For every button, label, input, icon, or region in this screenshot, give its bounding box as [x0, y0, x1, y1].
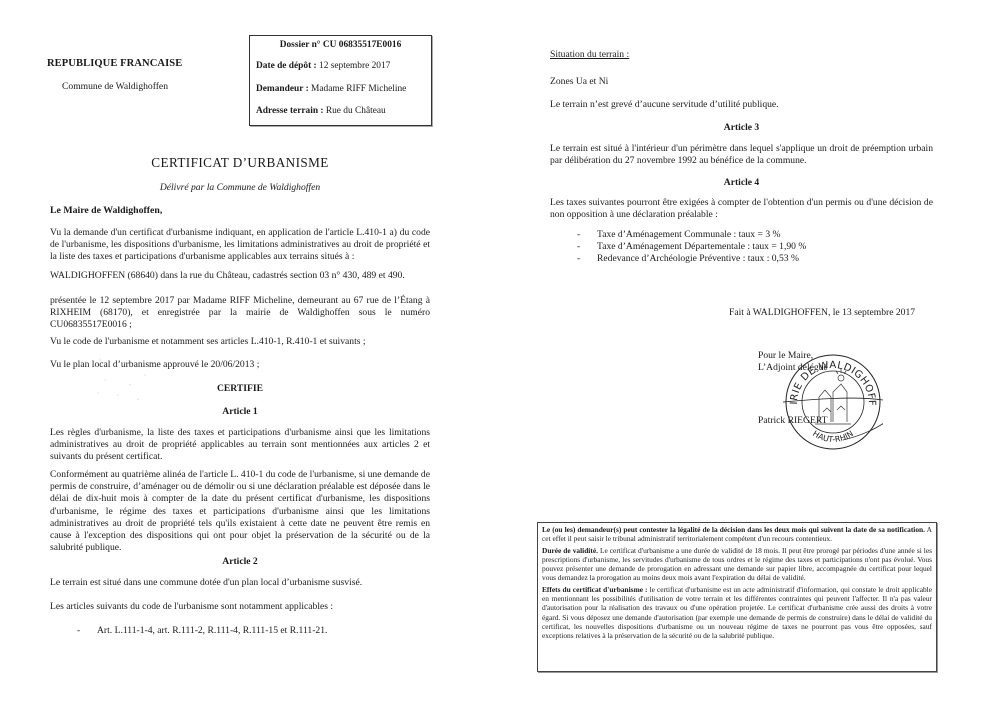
date-depot-label: Date de dépôt :	[256, 61, 317, 71]
adresse-label: Adresse terrain :	[256, 106, 324, 116]
paragraph-vu-plu: Vu le plan local d’urbanisme approuvé le…	[50, 359, 430, 371]
article-1-heading: Article 1	[0, 406, 480, 418]
certifie-heading: CERTIFIE	[0, 383, 480, 395]
commune-name: Commune de Waldighoffen	[62, 81, 168, 92]
dossier-number: Dossier n° CU 06835517E0016	[256, 39, 425, 51]
list-bullet: -	[577, 229, 580, 241]
tax-item-text: Redevance d’Archéologie Préventive : tau…	[597, 253, 799, 264]
demandeur-label: Demandeur :	[256, 84, 309, 94]
servitude: Le terrain n’est grevé d’aucune servitud…	[550, 99, 779, 111]
document-title: CERTIFICAT D’URBANISME	[0, 155, 480, 171]
svg-text:HAUT-RHIN: HAUT-RHIN	[811, 429, 855, 444]
fait-a: Fait à WALDIGHOFFEN, le 13 septembre 201…	[729, 307, 915, 319]
tax-item: -Taxe d’Aménagement Départementale : tau…	[597, 241, 917, 253]
tax-list: -Taxe d’Aménagement Communale : taux = 3…	[597, 229, 917, 266]
left-page: REPUBLIQUE FRANCAISE Commune de Waldigho…	[0, 0, 500, 707]
republic-heading: REPUBLIQUE FRANCAISE	[47, 58, 182, 69]
article-2-list-item-text: Art. L.111-1-4, art. R.111-2, R.111-4, R…	[97, 625, 327, 636]
legal-notice-box: Le (ou les) demandeur(s) peut contester …	[537, 522, 937, 672]
delivered-by: Délivré par la Commune de Waldighoffen	[0, 182, 480, 193]
article-2-heading: Article 2	[0, 556, 480, 568]
article-1-paragraph-1: Les règles d'urbanisme, la liste des tax…	[50, 427, 430, 464]
dossier-info-box: Dossier n° CU 06835517E0016 Date de dépô…	[249, 35, 432, 126]
official-stamp-icon: MAIRIE DE WALDIGHOFFEN HAUT-RHIN	[783, 352, 883, 452]
paragraph-presentee: présentée le 12 septembre 2017 par Madam…	[50, 295, 430, 332]
notice-recours: Le (ou les) demandeur(s) peut contester …	[542, 525, 932, 544]
date-depot: Date de dépôt : 12 septembre 2017	[256, 60, 425, 72]
tax-item-text: Taxe d’Aménagement Départementale : taux…	[597, 241, 806, 252]
article-3-paragraph: Le terrain est situé à l'intérieur d'un …	[550, 143, 933, 167]
list-bullet: -	[577, 241, 580, 253]
zones: Zones Ua et Ni	[550, 76, 608, 88]
notice-effets-bold: Effets du certificat d'urbanisme :	[542, 585, 648, 594]
demandeur-value: Madame RIFF Micheline	[309, 84, 407, 94]
notice-validite-bold: Durée de validité.	[542, 546, 598, 555]
paragraph-adresse-cadastre: WALDIGHOFFEN (68640) dans la rue du Chât…	[50, 270, 430, 282]
paragraph-vu-code: Vu le code de l'urbanisme et notamment s…	[50, 336, 430, 348]
article-4-heading: Article 4	[550, 177, 933, 189]
adresse-value: Rue du Château	[324, 106, 386, 116]
article-2-paragraph-2: Les articles suivants du code de l'urban…	[50, 601, 430, 613]
notice-validite: Durée de validité. Le certificat d'urban…	[542, 546, 932, 583]
article-4-paragraph: Les taxes suivantes pourront être exigée…	[550, 197, 933, 221]
article-3-heading: Article 3	[550, 122, 933, 134]
adresse-terrain: Adresse terrain : Rue du Château	[256, 105, 425, 117]
maire-heading: Le Maire de Waldighoffen,	[50, 205, 162, 216]
paragraph-vu-demande: Vu la demande d'un certificat d'urbanism…	[50, 227, 430, 264]
demandeur: Demandeur : Madame RIFF Micheline	[256, 83, 425, 95]
tax-item: -Redevance d’Archéologie Préventive : ta…	[597, 253, 917, 265]
date-depot-value: 12 septembre 2017	[317, 61, 391, 71]
list-bullet: -	[77, 625, 80, 637]
tax-item: -Taxe d’Aménagement Communale : taux = 3…	[597, 229, 917, 241]
notice-effets-text: le certificat d'urbanisme est un acte ad…	[542, 585, 932, 640]
list-bullet: -	[577, 253, 580, 265]
notice-recours-bold: Le (ou les) demandeur(s) peut contester …	[542, 525, 925, 534]
situation-heading: Situation du terrain :	[550, 49, 629, 61]
article-1-paragraph-2: Conformément au quatrième alinéa de l'ar…	[50, 469, 430, 554]
notice-effets: Effets du certificat d'urbanisme : le ce…	[542, 585, 932, 641]
article-2-list-item: - Art. L.111-1-4, art. R.111-2, R.111-4,…	[97, 625, 437, 637]
notice-validite-text: Le certificat d'urbanisme a une durée de…	[542, 546, 932, 583]
tax-item-text: Taxe d’Aménagement Communale : taux = 3 …	[597, 229, 781, 240]
article-2-paragraph-1: Le terrain est situé dans une commune do…	[50, 577, 430, 589]
